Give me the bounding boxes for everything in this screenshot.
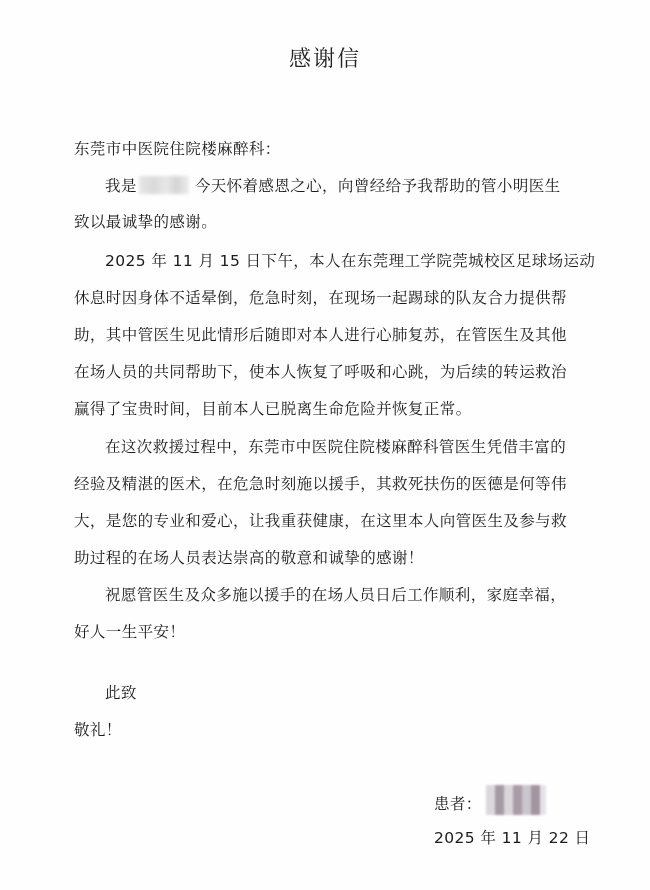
redacted-signature <box>486 785 546 815</box>
para1-line2: 致以最诚挚的感谢。 <box>74 210 217 232</box>
para1-suffix: 今天怀着感恩之心，向曾经给予我帮助的管小明医生 <box>195 177 561 195</box>
para3-line1: 在这次救援过程中，东莞市中医院住院楼麻醉科管医生凭借丰富的 <box>105 435 566 457</box>
signature: 患者： <box>434 785 546 815</box>
para4-line1: 祝愿管医生及众多施以援手的在场人员日后工作顺利，家庭幸福， <box>105 583 566 605</box>
para3-line3: 大，是您的专业和爱心，让我重获健康，在这里本人向管医生及参与救 <box>74 509 567 531</box>
closing-jingli: 敬礼！ <box>74 718 122 740</box>
closing-cizhi: 此致 <box>105 681 137 703</box>
para2-line2: 休息时因身体不适晕倒，危急时刻，在现场一起踢球的队友合力提供帮 <box>74 286 567 308</box>
para1-line1: 我是今天怀着感恩之心，向曾经给予我帮助的管小明医生 <box>105 174 561 196</box>
para4-line2: 好人一生平安！ <box>74 620 185 642</box>
para2-line3: 助，其中管医生见此情形后随即对本人进行心肺复苏，在管医生及其他 <box>74 323 567 345</box>
letter-title: 感谢信 <box>0 42 650 73</box>
letter-date: 2025 年 11 月 22 日 <box>434 826 590 848</box>
para3-line2: 经验及精湛的医术，在危急时刻施以援手，其救死扶伤的医德是何等伟 <box>74 472 567 494</box>
para2-line4: 在场人员的共同帮助下，使本人恢复了呼吸和心跳，为后续的转运救治 <box>74 360 567 382</box>
para2-line5: 赢得了宝贵时间，目前本人已脱离生命危险并恢复正常。 <box>74 397 472 419</box>
para3-line4: 助过程的在场人员表达崇高的敬意和诚挚的感谢！ <box>74 546 424 568</box>
salutation: 东莞市中医院住院楼麻醉科： <box>74 137 281 159</box>
signature-label: 患者： <box>434 795 482 813</box>
para2-line1: 2025 年 11 月 15 日下午，本人在东莞理工学院莞城校区足球场运动 <box>105 249 595 271</box>
letter-page: 感谢信 东莞市中医院住院楼麻醉科： 我是今天怀着感恩之心，向曾经给予我帮助的管小… <box>0 0 650 890</box>
redacted-name <box>139 176 189 194</box>
para1-prefix: 我是 <box>105 177 137 195</box>
